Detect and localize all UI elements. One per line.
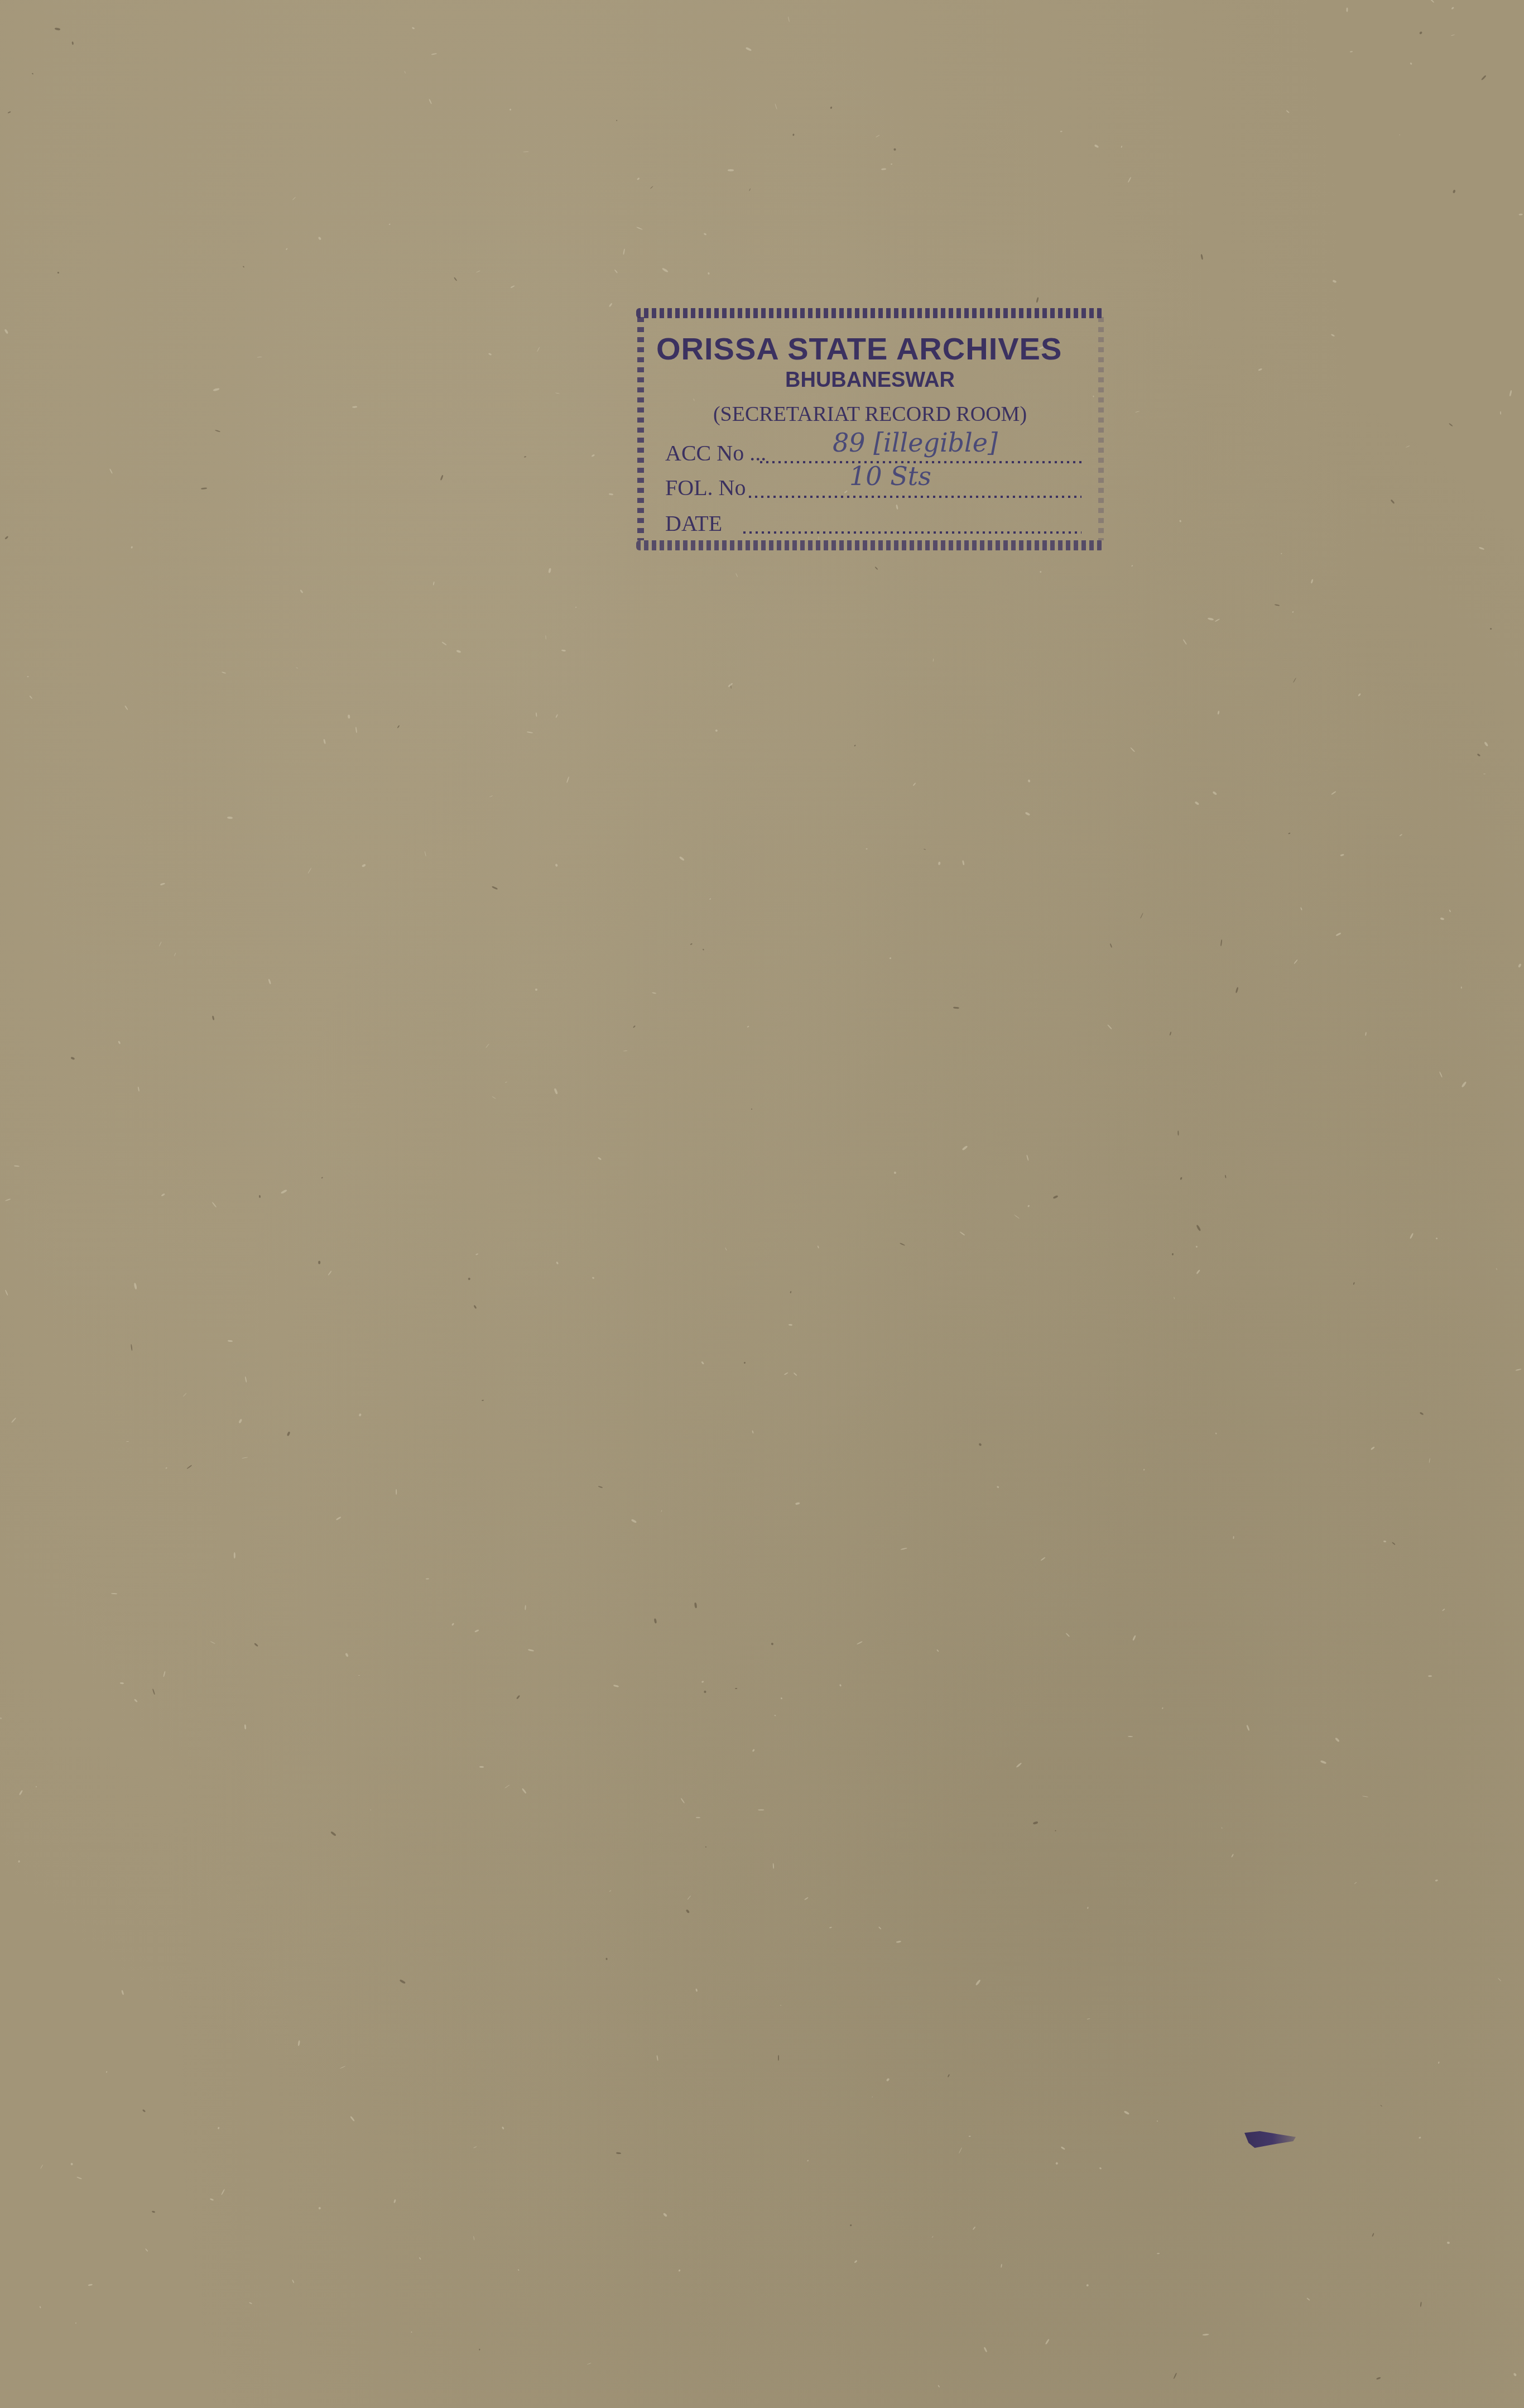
paper-fiber [30,695,32,698]
paper-fiber [650,186,653,189]
paper-fiber [978,1443,982,1446]
paper-fiber [758,1809,764,1810]
paper-fiber [479,2349,480,2351]
paper-fiber [1196,1269,1200,1274]
dotted-line [749,496,1081,498]
paper-fiber [142,2109,146,2113]
paper-fiber [1053,1195,1059,1199]
paper-fiber [1055,1830,1056,1831]
paper-fiber [358,1675,360,1675]
paper-fiber [728,169,734,171]
paper-fiber [702,1681,704,1683]
paper-fiber [242,1457,248,1459]
paper-fiber [1380,2105,1382,2107]
paper-fiber [1127,1736,1132,1737]
paper-fiber [218,2127,220,2129]
paper-fiber [106,2071,108,2073]
paper-fiber [959,2147,962,2153]
paper-fiber [1109,943,1112,948]
paper-fiber [1350,51,1353,52]
paper-fiber [1208,617,1214,621]
paper-fiber [433,582,435,586]
paper-fiber [1518,963,1522,968]
paper-fiber [5,1198,11,1201]
paper-fiber [687,1895,691,1899]
paper-fiber [345,1653,349,1657]
paper-fiber [1217,711,1219,714]
paper-fiber [616,2152,622,2154]
paper-fiber [1438,2061,1440,2064]
paper-fiber [866,848,868,850]
paper-fiber [1383,1541,1386,1543]
paper-fiber [1196,1225,1201,1231]
paper-fiber [359,1413,362,1417]
paper-fiber [893,1171,896,1174]
paper-fiber [396,1489,397,1495]
paper-fiber [1173,2372,1177,2378]
paper-fiber [1390,499,1395,504]
paper-fiber [1203,2334,1209,2336]
paper-fiber [1014,1215,1020,1219]
paper-fiber [1144,1469,1145,1471]
paper-fiber [1179,520,1182,522]
acc-no-label: ACC No ... [665,440,771,466]
paper-fiber [1519,214,1523,215]
paper-fiber [1353,1282,1355,1285]
paper-fiber [1447,2241,1450,2244]
paper-fiber [1420,2302,1421,2307]
paper-fiber [1483,774,1485,775]
paper-fiber [1131,565,1133,567]
paper-fiber [1001,2263,1002,2267]
paper-fiber [134,1283,137,1289]
paper-fiber [1358,693,1361,697]
paper-fiber [1461,1081,1467,1087]
paper-fiber [259,1195,261,1198]
paper-fiber [330,1831,336,1836]
paper-fiber [27,676,29,677]
paper-fiber [1140,913,1143,919]
paper-fiber [492,886,498,890]
paper-fiber [775,1715,776,1716]
paper-fiber [1419,1412,1424,1415]
paper-fiber [1028,780,1031,783]
paper-fiber [690,943,693,945]
paper-fiber [705,1846,706,1848]
paper-fiber [686,1910,690,1913]
paper-fiber [76,2176,82,2180]
paper-fiber [488,353,492,356]
paper-fiber [431,53,437,55]
paper-fiber [1061,2146,1065,2150]
paper-fiber [1036,297,1039,303]
paper-fiber [536,713,537,717]
paper-fiber [160,882,165,886]
paper-fiber [1449,423,1453,426]
paper-fiber [400,1979,406,1983]
paper-fiber [677,2269,680,2272]
paper-fiber [771,1643,773,1646]
paper-fiber [1016,1763,1022,1768]
paper-fiber [118,1040,121,1044]
paper-fiber [522,1788,527,1793]
paper-fiber [166,1467,167,1469]
paper-fiber [623,249,625,255]
paper-fiber [1170,1032,1172,1035]
stamp-city: BHUBANESWAR [636,368,1104,392]
paper-fiber [1478,546,1484,550]
paper-fiber [772,1863,773,1868]
paper-fiber [516,1695,520,1700]
paper-fiber [424,851,426,856]
paper-fiber [249,2302,252,2305]
paper-fiber [924,849,926,850]
paper-fiber [1121,146,1122,148]
paper-fiber [849,2224,852,2226]
paper-fiber [517,2269,520,2271]
paper-fiber [39,2306,41,2308]
paper-fiber [695,1988,698,1992]
paper-fiber [1442,1608,1445,1611]
paper-fiber [792,133,795,136]
paper-fiber [853,2260,857,2264]
paper-fiber [1172,1253,1174,1255]
fol-no-label: FOL. No [665,474,750,501]
paper-fiber [878,1926,881,1929]
paper-fiber [1215,1433,1217,1435]
paper-fiber [931,2236,933,2238]
paper-fiber [948,2074,950,2078]
paper-fiber [854,745,856,746]
paper-fiber [1498,1978,1501,1982]
paper-fiber [393,2199,396,2204]
paper-fiber [1481,75,1487,80]
paper-fiber [707,272,710,275]
paper-fiber [587,2363,592,2365]
paper-fiber [328,1270,331,1275]
paper-fiber [1320,1760,1327,1764]
paper-fiber [1410,62,1412,65]
paper-fiber [1306,2297,1310,2301]
paper-fiber [1365,1032,1367,1035]
paper-fiber [474,1629,479,1633]
paper-fiber [292,2280,294,2284]
paper-fiber [1293,678,1296,683]
paper-fiber [1419,2137,1421,2139]
paper-fiber [605,1958,607,1960]
paper-fiber [1286,110,1290,114]
paper-fiber [657,2055,659,2061]
paper-fiber [183,1393,187,1397]
paper-fiber [962,1145,968,1150]
paper-fiber [1066,1633,1070,1637]
paper-fiber [131,546,133,549]
paper-fiber [152,2210,155,2213]
paper-fiber [829,1927,831,1929]
paper-fiber [243,266,245,268]
paper-fiber [752,1430,754,1433]
paper-fiber [1371,1446,1375,1450]
paper-fiber [1477,754,1480,756]
paper-fiber [1440,917,1444,920]
paper-fiber [997,1486,999,1488]
paper-fiber [109,468,112,474]
paper-fiber [1496,1268,1497,1270]
paper-fiber [1174,1297,1175,1299]
paper-fiber [704,1690,706,1693]
paper-fiber [1399,134,1400,135]
paper-fiber [1410,1233,1414,1239]
paper-fiber [749,188,751,191]
paper-fiber [296,668,298,669]
paper-fiber [257,357,262,358]
stamp-border-left [637,317,644,540]
paper-fiber [71,1056,75,1059]
paper-fiber [362,864,366,868]
paper-fiber [555,864,558,867]
paper-fiber [1294,960,1298,965]
paper-fiber [525,1605,526,1610]
paper-fiber [1224,1175,1226,1179]
paper-fiber [889,957,891,959]
paper-fiber [36,1786,37,1787]
paper-fiber [1221,1827,1222,1829]
paper-fiber [40,2165,43,2170]
paper-fiber [1331,791,1336,795]
paper-fiber [1449,909,1451,912]
paper-fiber [1439,1072,1443,1078]
paper-fiber [227,817,232,819]
paper-fiber [609,493,613,496]
paper-fiber [652,992,656,994]
paper-fiber [794,1373,798,1376]
paper-fiber [1406,445,1410,448]
paper-fiber [1220,939,1222,946]
paper-fiber [1087,1907,1089,1910]
fol-no-field: FOL. No 10 Sts [665,474,1081,502]
paper-fiber [1500,411,1501,415]
date-field: DATE [665,510,1081,538]
paper-fiber [1087,2018,1090,2020]
paper-fiber [633,1025,636,1028]
paper-fiber [1177,1131,1179,1136]
paper-fiber [1451,34,1455,36]
paper-fiber [340,2066,345,2069]
paper-fiber [1435,1237,1438,1239]
stamp-border-right [1098,317,1104,540]
paper-fiber [807,2160,809,2162]
paper-fiber [1133,1635,1136,1640]
paper-fiber [715,729,718,732]
paper-fiber [556,1261,559,1265]
paper-fiber [1040,571,1042,573]
paper-fiber [896,1940,901,1943]
paper-fiber [752,1749,755,1752]
stamp-border-top [636,308,1104,318]
stamp-title: ORISSA STATE ARCHIVES [656,330,1062,367]
paper-fiber [111,1592,117,1594]
paper-fiber [201,488,207,490]
paper-fiber [453,277,457,281]
paper-fiber [609,303,613,307]
paper-fiber [735,1688,737,1689]
paper-fiber [679,856,685,861]
paper-fiber [70,2162,73,2165]
paper-fiber [1335,932,1342,937]
paper-fiber [426,1579,429,1580]
paper-fiber [746,47,752,51]
paper-fiber [1435,1879,1438,1882]
paper-fiber [1194,801,1199,805]
paper-fiber [891,164,893,165]
paper-fiber [696,1817,700,1818]
paper-fiber [1107,1024,1112,1030]
paper-fiber [561,649,566,651]
paper-fiber [597,1157,601,1160]
paper-fiber [1026,1154,1029,1160]
paper-fiber [1246,1725,1250,1731]
paper-fiber [1157,2121,1158,2122]
paper-fiber [268,979,271,985]
paper-fiber [234,1552,235,1558]
paper-fiber [872,2097,873,2098]
date-label: DATE [665,510,727,536]
paper-fiber [300,589,303,593]
paper-fiber [830,107,832,109]
paper-fiber [616,119,618,121]
paper-fiber [960,1231,965,1236]
paper-fiber [285,248,287,250]
paper-fiber [778,2055,779,2061]
paper-fiber [938,2385,940,2387]
paper-fiber [1419,31,1422,35]
paper-fiber [336,1517,342,1520]
paper-fiber [1333,280,1337,283]
paper-fiber [404,71,406,74]
paper-fiber [1180,1177,1182,1181]
paper-fiber [1231,1854,1234,1858]
paper-fiber [210,1640,216,1643]
paper-fiber [662,267,669,272]
paper-fiber [623,1050,628,1052]
paper-fiber [636,177,640,180]
paper-fiber [323,738,326,744]
paper-fiber [228,1340,233,1342]
paper-fiber [1182,639,1186,645]
paper-fiber [121,1990,124,1996]
paper-fiber [451,1623,454,1627]
paper-fiber [787,16,790,22]
paper-fiber [747,1026,749,1028]
paper-fiber [1094,144,1099,148]
paper-fiber [254,1643,258,1647]
paper-fiber [881,169,886,170]
paper-fiber [549,568,552,573]
paper-fiber [1086,2284,1089,2286]
paper-fiber [527,1649,533,1652]
paper-fiber [57,272,59,274]
paper-fiber [661,1510,662,1512]
paper-fiber [1258,368,1262,371]
paper-fiber [1300,907,1302,910]
paper-fiber [1292,611,1294,613]
paper-fiber [397,725,400,728]
ink-smudge-mark [1244,2131,1296,2148]
paper-fiber [1376,2376,1381,2380]
paper-fiber [936,1649,939,1652]
paper-fiber [138,1086,140,1091]
paper-fiber [1354,1882,1357,1884]
paper-fiber [244,1376,247,1382]
paper-fiber [795,1502,800,1505]
paper-fiber [876,135,879,137]
paper-fiber [352,406,357,407]
paper-fiber [1124,2110,1130,2114]
paper-fiber [509,108,512,111]
paper-fiber [152,1689,155,1695]
paper-fiber [213,388,219,392]
paper-fiber [701,1361,704,1365]
paper-fiber [287,1431,291,1436]
paper-fiber [1288,832,1291,834]
paper-fiber [1135,411,1140,412]
paper-fiber [709,898,711,900]
paper-fiber [1027,1205,1030,1207]
paper-fiber [88,2284,93,2286]
paper-fiber [1451,7,1455,9]
paper-fiber [900,1243,905,1246]
paper-fiber [1281,553,1282,555]
paper-fiber [221,2189,225,2195]
paper-fiber [124,705,128,709]
paper-fiber [789,1323,792,1326]
paper-fiber [482,1399,484,1401]
paper-fiber [473,2236,474,2241]
paper-fiber [159,942,162,947]
paper-fiber [355,727,357,733]
paper-fiber [1214,618,1220,622]
paper-fiber [1331,334,1335,337]
paper-fiber [975,1979,981,1986]
paper-fiber [545,635,546,640]
paper-fiber [694,1603,697,1608]
paper-fiber [1130,747,1135,752]
paper-fiber [134,1699,138,1702]
paper-fiber [1055,2162,1058,2165]
paper-fiber [598,1486,603,1488]
paper-fiber [281,1189,287,1194]
paper-fiber [319,1261,321,1264]
paper-fiber [592,454,595,457]
paper-fiber [429,98,432,104]
paper-fiber [474,1304,477,1309]
paper-fiber [19,1790,23,1796]
paper-fiber [1429,1458,1430,1463]
paper-fiber [1362,1796,1368,1797]
paper-fiber [389,223,391,225]
paper-fiber [210,2198,214,2201]
paper-fiber [1346,7,1348,12]
paper-fiber [932,659,934,663]
paper-fiber [308,868,312,874]
paper-fiber [790,1291,792,1293]
paper-fiber [419,2257,421,2260]
paper-fiber [1461,986,1462,989]
paper-fiber [703,233,706,236]
paper-fiber [1200,254,1203,260]
paper-fiber [12,1417,17,1423]
paper-fiber [983,2347,987,2352]
